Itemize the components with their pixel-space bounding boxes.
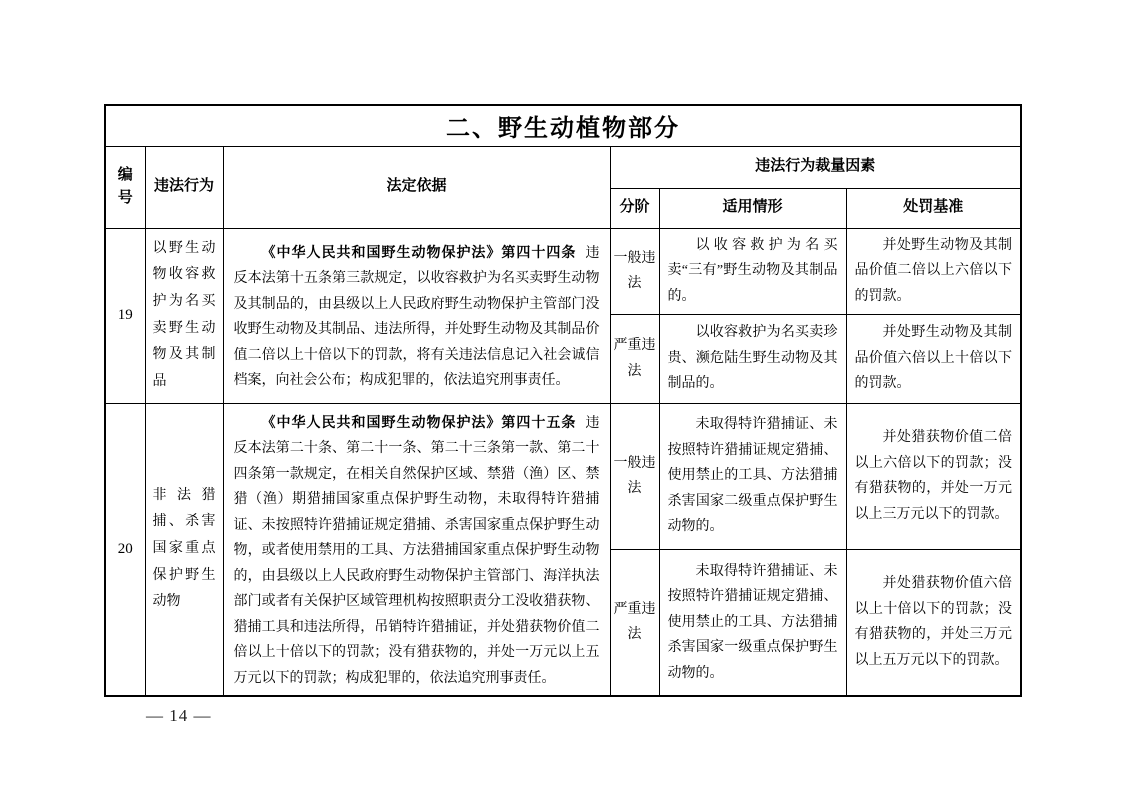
row-20-legal-ref: 《中华人民共和国野生动物保护法》第四十五条 (262, 416, 577, 431)
header-id: 编号 (105, 146, 145, 228)
document-page: 二、野生动植物部分 编号 违法行为 法定依据 违法行为裁量因素 分阶 适用情形 … (0, 0, 1122, 793)
row-19-situation-general-text: 以收容救护为名买卖“三有”野生动物及其制品的。 (668, 233, 838, 309)
header-discretion-group: 违法行为裁量因素 (610, 146, 1021, 188)
header-row-1: 编号 违法行为 法定依据 违法行为裁量因素 (105, 146, 1021, 188)
row-20-situation-serious-text: 未取得特许猎捕证、未按照特许猎捕证规定猎捕、使用禁止的工具、方法猎捕杀害国家一级… (668, 559, 838, 686)
row-19-situation-general: 以收容救护为名买卖“三有”野生动物及其制品的。 (659, 228, 846, 314)
row-20-legal-text: 违反本法第二十条、第二十一条、第二十三条第一款、第二十四条第一款规定，在相关自然… (234, 416, 600, 686)
row-20-stage-general: 一般违法 (610, 403, 659, 549)
row-19-stage-general: 一般违法 (610, 228, 659, 314)
row-19-legal-ref: 《中华人民共和国野生动物保护法》第四十四条 (262, 246, 577, 261)
header-situation: 适用情形 (659, 188, 846, 228)
row-19-legal-paragraph: 《中华人民共和国野生动物保护法》第四十四条违反本法第十五条第三款规定，以收容救护… (234, 241, 600, 394)
row-20-penalty-general-text: 并处猎获物价值二倍以上六倍以下的罚款；没有猎获物的，并处一万元以上三万元以下的罚… (855, 425, 1013, 527)
row-19-situation-serious-text: 以收容救护为名买卖珍贵、濒危陆生野生动物及其制品的。 (668, 320, 838, 396)
row-20-behavior: 非法猎捕、杀害国家重点保护野生动物 (145, 403, 223, 696)
row-19-situation-serious: 以收容救护为名买卖珍贵、濒危陆生野生动物及其制品的。 (659, 314, 846, 403)
row-20-penalty-serious: 并处猎获物价值六倍以上十倍以下的罚款；没有猎获物的，并处三万元以上五万元以下的罚… (846, 549, 1021, 696)
table-title-row: 二、野生动植物部分 (105, 105, 1021, 146)
header-stage: 分阶 (610, 188, 659, 228)
section-title: 二、野生动植物部分 (105, 105, 1021, 146)
row-20-penalty-serious-text: 并处猎获物价值六倍以上十倍以下的罚款；没有猎获物的，并处三万元以上五万元以下的罚… (855, 571, 1013, 673)
row-19-stage-serious: 严重违法 (610, 314, 659, 403)
header-penalty: 处罚基准 (846, 188, 1021, 228)
row-20-situation-general: 未取得特许猎捕证、未按照特许猎捕证规定猎捕、使用禁止的工具、方法猎捕杀害国家二级… (659, 403, 846, 549)
row-19-penalty-general: 并处野生动物及其制品价值二倍以上六倍以下的罚款。 (846, 228, 1021, 314)
row-19-legal-text: 违反本法第十五条第三款规定，以收容救护为名买卖野生动物及其制品的，由县级以上人民… (234, 246, 600, 389)
row-20-legal-paragraph: 《中华人民共和国野生动物保护法》第四十五条违反本法第二十条、第二十一条、第二十三… (234, 411, 600, 692)
row-19-penalty-serious-text: 并处野生动物及其制品价值六倍以上十倍以下的罚款。 (855, 320, 1013, 396)
row-19-penalty-serious: 并处野生动物及其制品价值六倍以上十倍以下的罚款。 (846, 314, 1021, 403)
row-19-behavior: 以野生动物收容救护为名买卖野生动物及其制品 (145, 228, 223, 403)
row-20-situation-general-text: 未取得特许猎捕证、未按照特许猎捕证规定猎捕、使用禁止的工具、方法猎捕杀害国家二级… (668, 412, 838, 539)
page-number: — 14 — (146, 706, 212, 726)
row-19-id: 19 (105, 228, 145, 403)
table-row-20-general: 20 非法猎捕、杀害国家重点保护野生动物 《中华人民共和国野生动物保护法》第四十… (105, 403, 1021, 549)
header-behavior: 违法行为 (145, 146, 223, 228)
row-19-penalty-general-text: 并处野生动物及其制品价值二倍以上六倍以下的罚款。 (855, 233, 1013, 309)
header-legal-basis: 法定依据 (223, 146, 610, 228)
row-20-stage-serious: 严重违法 (610, 549, 659, 696)
table-row-19-general: 19 以野生动物收容救护为名买卖野生动物及其制品 《中华人民共和国野生动物保护法… (105, 228, 1021, 314)
regulation-table: 二、野生动植物部分 编号 违法行为 法定依据 违法行为裁量因素 分阶 适用情形 … (104, 104, 1022, 697)
row-20-id: 20 (105, 403, 145, 696)
row-20-penalty-general: 并处猎获物价值二倍以上六倍以下的罚款；没有猎获物的，并处一万元以上三万元以下的罚… (846, 403, 1021, 549)
row-19-legal-basis: 《中华人民共和国野生动物保护法》第四十四条违反本法第十五条第三款规定，以收容救护… (223, 228, 610, 403)
row-20-situation-serious: 未取得特许猎捕证、未按照特许猎捕证规定猎捕、使用禁止的工具、方法猎捕杀害国家一级… (659, 549, 846, 696)
row-20-legal-basis: 《中华人民共和国野生动物保护法》第四十五条违反本法第二十条、第二十一条、第二十三… (223, 403, 610, 696)
